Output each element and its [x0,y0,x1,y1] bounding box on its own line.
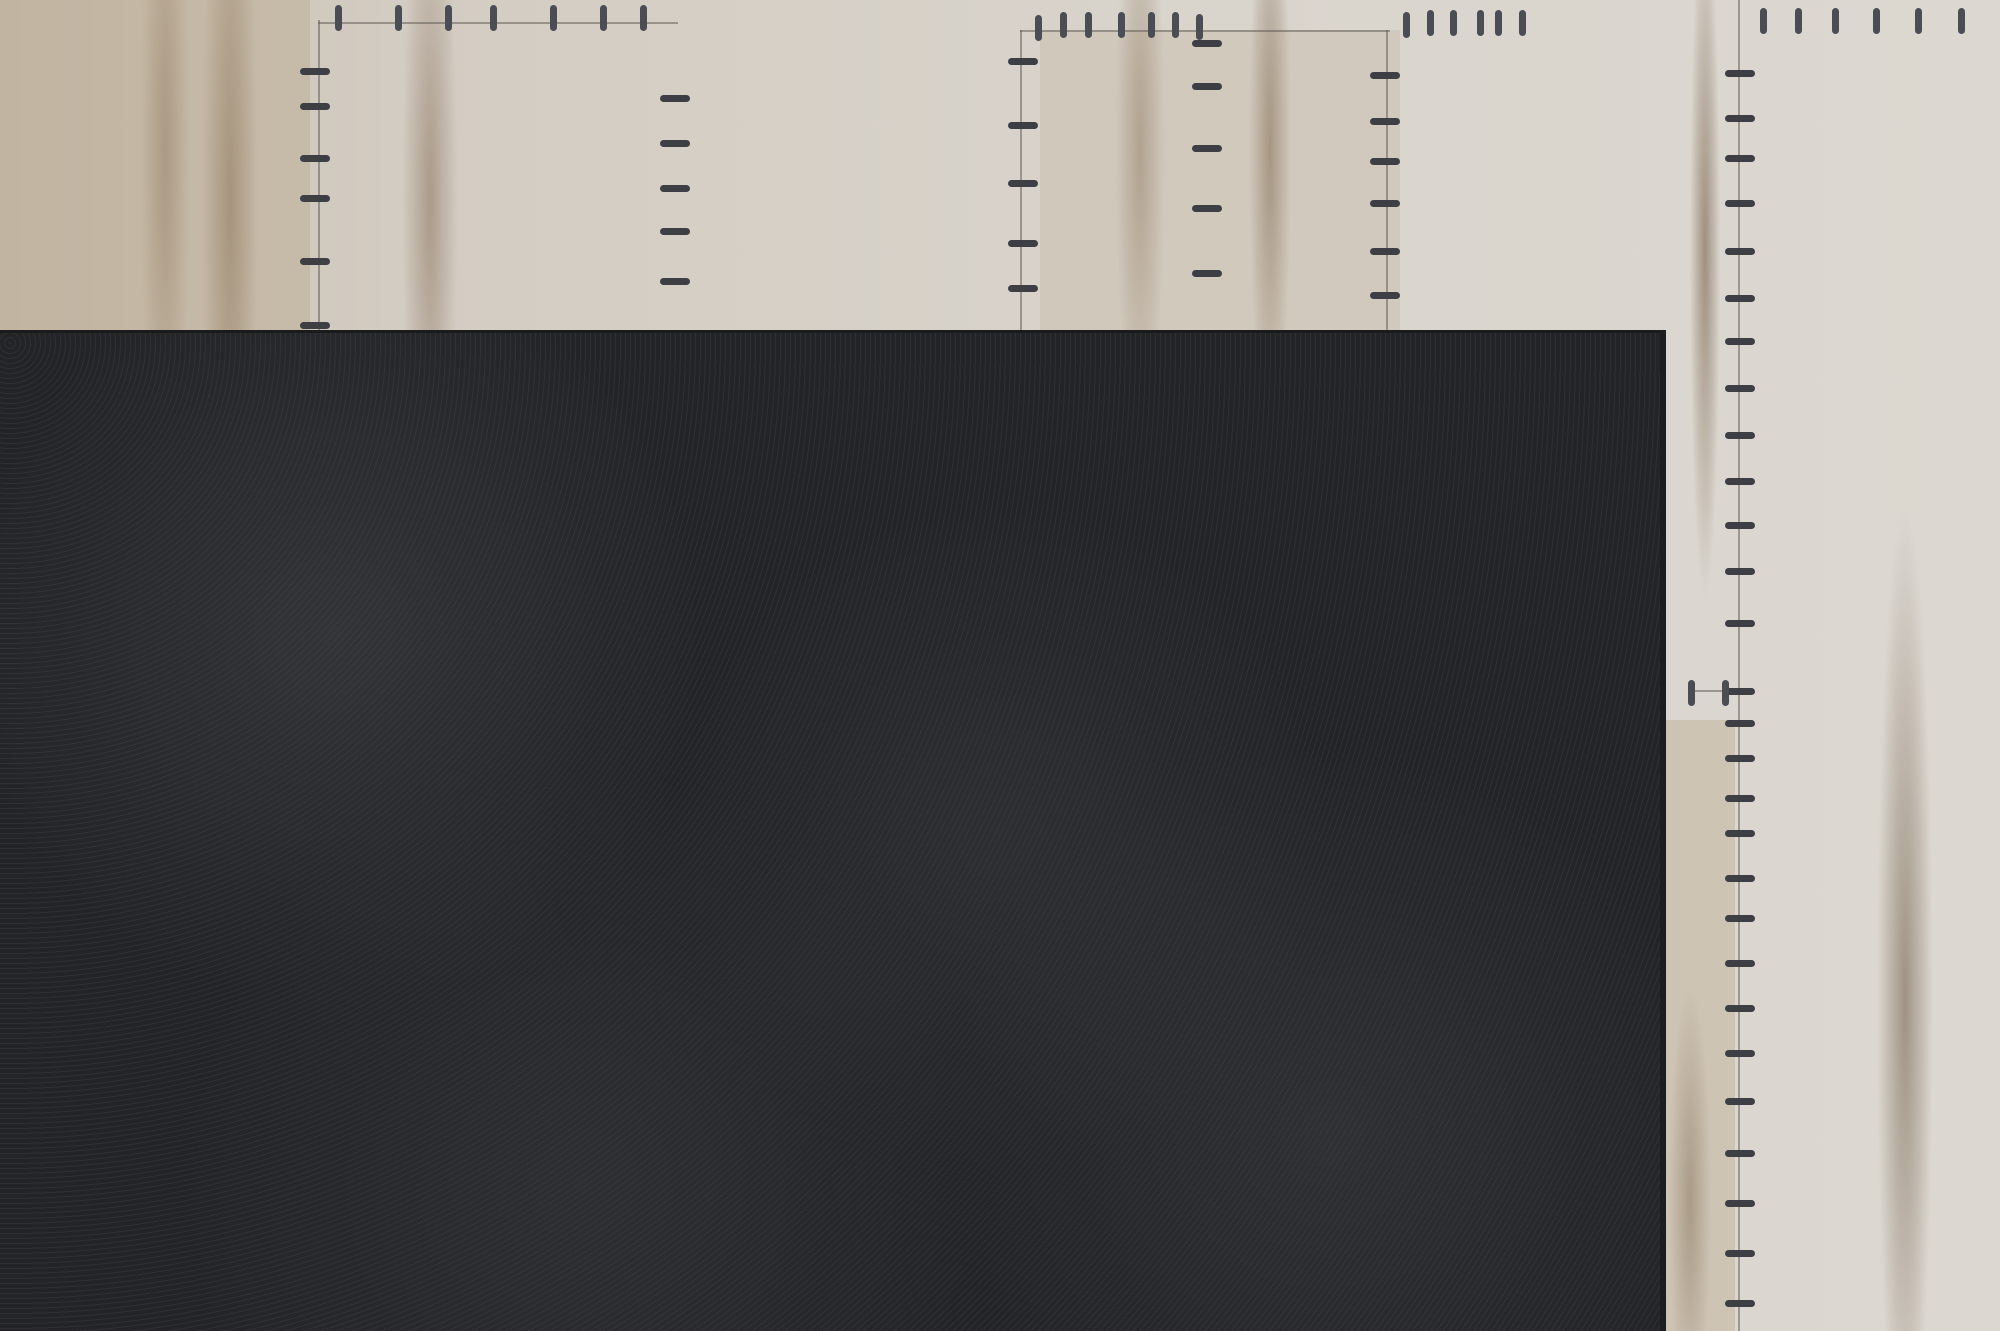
stitch [1192,40,1222,47]
stitch [300,258,330,265]
stitch [1008,240,1038,247]
stitch [1148,12,1155,38]
stitch [1725,875,1755,882]
stitch [300,322,330,329]
stitch [1725,620,1755,627]
stitch [1725,295,1755,302]
stitch [1725,720,1755,727]
stitch [1725,115,1755,122]
stitch [660,185,690,192]
rug-photo: Back side of a patchwork leather rug wit… [0,0,2000,1331]
stitch [660,95,690,102]
stitch [1725,385,1755,392]
stitch [1196,14,1203,40]
stitch [1035,15,1042,41]
stitch [1172,12,1179,38]
stitch [1915,8,1922,34]
stitch [300,68,330,75]
leather-seam [318,20,320,330]
stitch [300,103,330,110]
stitch [550,5,557,31]
stitch [1370,158,1400,165]
stitch [600,5,607,31]
stitch [1725,338,1755,345]
stitch [1873,8,1880,34]
stitch [1725,432,1755,439]
stitch [1495,10,1502,36]
stitch [1060,12,1067,38]
stitch [1725,1050,1755,1057]
stitch [1795,8,1802,34]
leather-patch-tan [1040,30,1400,330]
stitch [1832,8,1839,34]
stitch [1192,270,1222,277]
stitch [1725,1150,1755,1157]
leather-patch-tan [1665,720,1735,1331]
stitch [490,5,497,31]
stitch [300,155,330,162]
stitch [1725,830,1755,837]
stitch [1477,10,1484,36]
stitch [1427,10,1434,36]
stitch [1760,8,1767,34]
stitch [1725,915,1755,922]
stitch [1085,12,1092,38]
stitch [1725,248,1755,255]
stitch [1725,200,1755,207]
stitch [335,5,342,31]
stitch [660,278,690,285]
stitch [1725,155,1755,162]
stitch [1688,680,1695,706]
leather-patch-tan [0,0,310,330]
stitch [1958,8,1965,34]
stitch [1008,180,1038,187]
stitch [1118,12,1125,38]
stitch [660,228,690,235]
stitch [1725,1005,1755,1012]
stitch [1725,755,1755,762]
stitch [445,5,452,31]
stitch [1725,70,1755,77]
stitch [1008,122,1038,129]
stitch [1725,478,1755,485]
stitch [1370,200,1400,207]
stitch [300,195,330,202]
stitch [1519,10,1526,36]
leather-seam [318,22,678,24]
stitch [1725,688,1755,695]
stitch [1725,568,1755,575]
stitch [1370,118,1400,125]
stitch [1450,10,1457,36]
felt-backing: Charcoal felt backing [0,330,1665,1331]
stitch [1725,1250,1755,1257]
stitch [1192,145,1222,152]
stitch [660,140,690,147]
stitch [395,5,402,31]
stitch [640,5,647,31]
stitch [1403,12,1410,38]
stitch [1008,285,1038,292]
stitch [1725,522,1755,529]
stitch [1725,1200,1755,1207]
stitch [1722,680,1729,706]
stitch [1725,1300,1755,1307]
stitch [1192,205,1222,212]
stitch [1192,83,1222,90]
stitch [1370,248,1400,255]
leather-seam [1020,30,1390,32]
stitch [1725,960,1755,967]
stitch [1725,795,1755,802]
stitch [1370,72,1400,79]
stitch [1008,58,1038,65]
felt-edge [1660,330,1666,1331]
stitch [1370,292,1400,299]
stitch [1725,1098,1755,1105]
